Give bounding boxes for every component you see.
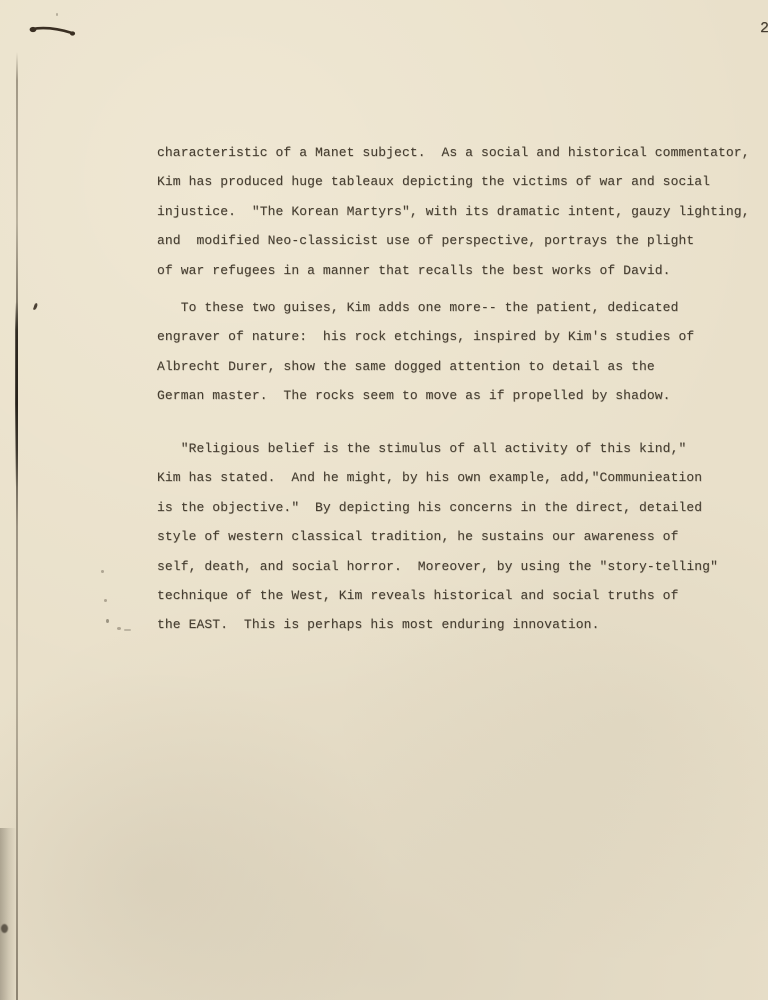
text-line: self, death, and social horror. Moreover… — [157, 552, 718, 581]
margin-speck — [106, 619, 109, 623]
text-line: engraver of nature: his rock etchings, i… — [157, 322, 694, 351]
text-line: "Religious belief is the stimulus of all… — [157, 434, 718, 463]
margin-comma-mark — [33, 303, 38, 311]
margin-speck — [117, 627, 121, 630]
margin-speck — [101, 570, 104, 573]
text-line: the EAST. This is perhaps his most endur… — [157, 610, 718, 639]
paragraph-3: "Religious belief is the stimulus of all… — [157, 434, 718, 640]
text-line: characteristic of a Manet subject. As a … — [157, 138, 750, 167]
margin-speck — [124, 629, 131, 631]
text-line: To these two guises, Kim adds one more--… — [157, 293, 694, 322]
staple-mark-icon — [28, 22, 82, 40]
text-line: Albrecht Durer, show the same dogged att… — [157, 352, 694, 381]
margin-speck — [56, 13, 58, 16]
text-line: style of western classical tradition, he… — [157, 522, 718, 551]
paragraph-1: characteristic of a Manet subject. As a … — [157, 138, 750, 285]
page-number: 2 — [760, 20, 768, 37]
typescript-page: 2 characteristic of a Manet subject. As … — [0, 0, 768, 1000]
text-line: Kim has stated. And he might, by his own… — [157, 463, 718, 492]
page-crease-line — [16, 52, 18, 1000]
text-line: German master. The rocks seem to move as… — [157, 381, 694, 410]
page-crease-dark-segment — [15, 302, 18, 487]
text-line: of war refugees in a manner that recalls… — [157, 256, 750, 285]
text-line: is the objective." By depicting his conc… — [157, 493, 718, 522]
text-line: Kim has produced huge tableaux depicting… — [157, 167, 750, 196]
paragraph-2: To these two guises, Kim adds one more--… — [157, 293, 694, 411]
text-line: and modified Neo-classicist use of persp… — [157, 226, 750, 255]
margin-speck — [104, 599, 107, 602]
edge-ink-blob — [1, 924, 8, 933]
left-edge-shadow — [0, 828, 16, 1000]
text-line: technique of the West, Kim reveals histo… — [157, 581, 718, 610]
text-line: injustice. "The Korean Martyrs", with it… — [157, 197, 750, 226]
